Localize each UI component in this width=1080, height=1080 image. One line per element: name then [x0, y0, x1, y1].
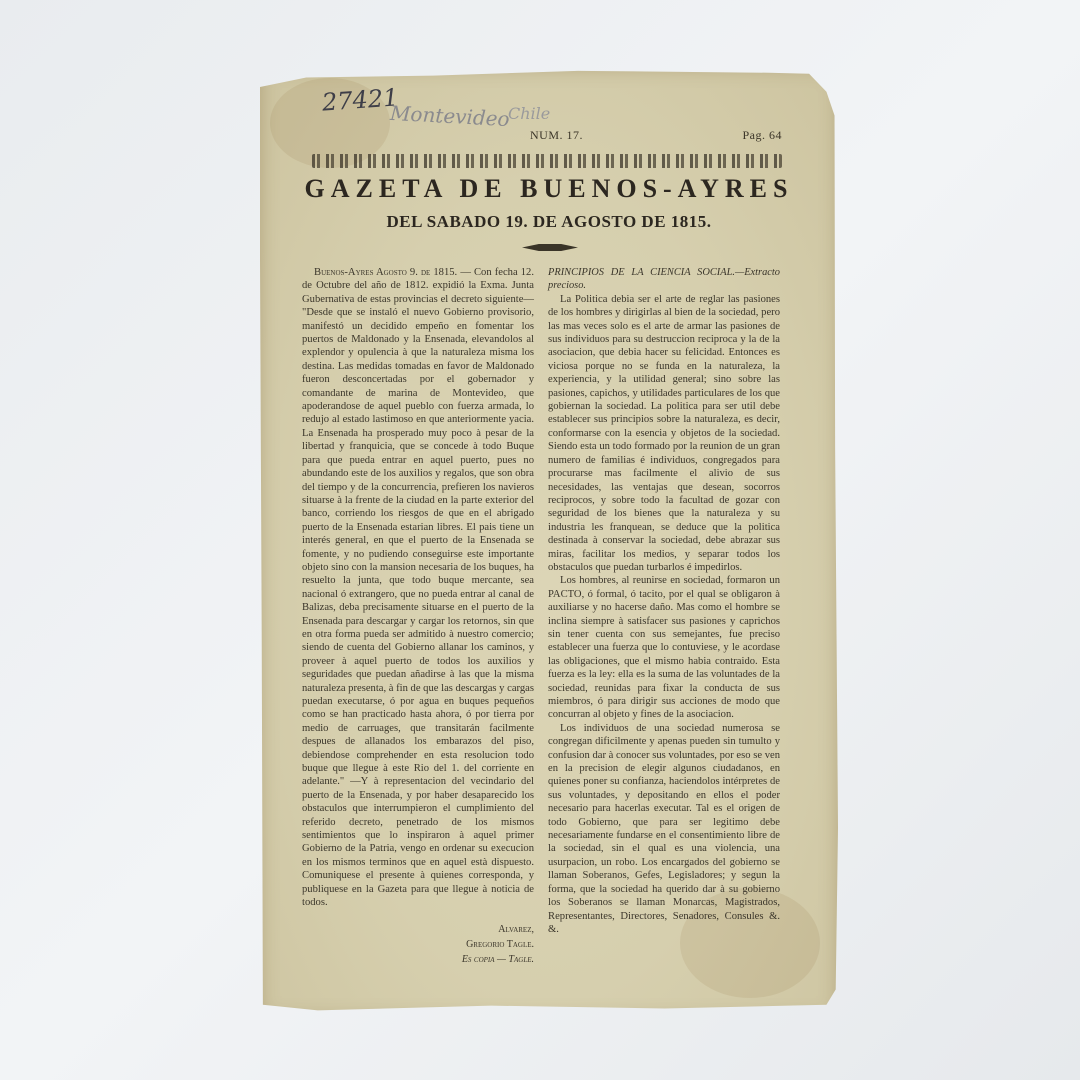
issue-number: NUM. 17.	[530, 128, 583, 143]
newspaper-page: 27421 Montevideo Chile NUM. 17. Pag. 64 …	[260, 68, 838, 1018]
left-column: Buenos-Ayres Agosto 9. de 1815. — Con fe…	[302, 266, 534, 967]
copy-note: Es copia — Tagle.	[302, 952, 534, 967]
article-body: — Con fecha 12. de Octubre del año de 18…	[302, 267, 534, 908]
page-number: Pag. 64	[743, 128, 783, 143]
right-column: PRINCIPIOS DE LA CIENCIA SOCIAL.—Extract…	[548, 266, 780, 936]
issue-date: DEL SABADO 19. DE AGOSTO DE 1815.	[260, 212, 838, 232]
catalog-number-handwritten: 27421	[321, 83, 399, 116]
essay-paragraph: Los hombres, al reunirse en sociedad, fo…	[548, 574, 780, 721]
ornamental-divider	[522, 244, 578, 251]
newspaper-title: GAZETA DE BUENOS-AYRES	[260, 174, 838, 204]
essay-heading: PRINCIPIOS DE LA CIENCIA SOCIAL.—Extract…	[548, 266, 780, 293]
location-note-2-handwritten: Chile	[508, 104, 550, 123]
decorative-border-ornament	[312, 154, 782, 168]
location-note-handwritten: Montevideo	[389, 101, 510, 131]
decree-article: Buenos-Ayres Agosto 9. de 1815. — Con fe…	[302, 266, 534, 910]
essay-paragraph: Los individuos de una sociedad numerosa …	[548, 722, 780, 937]
article-dateline: Buenos-Ayres Agosto 9. de 1815.	[314, 267, 457, 278]
signature-alvarez: Alvarez,	[302, 922, 534, 937]
signatures: Alvarez, Gregorio Tagle. Es copia — Tagl…	[302, 922, 534, 967]
signature-tagle: Gregorio Tagle.	[302, 937, 534, 952]
essay-paragraph: La Politica debia ser el arte de reglar …	[548, 293, 780, 575]
